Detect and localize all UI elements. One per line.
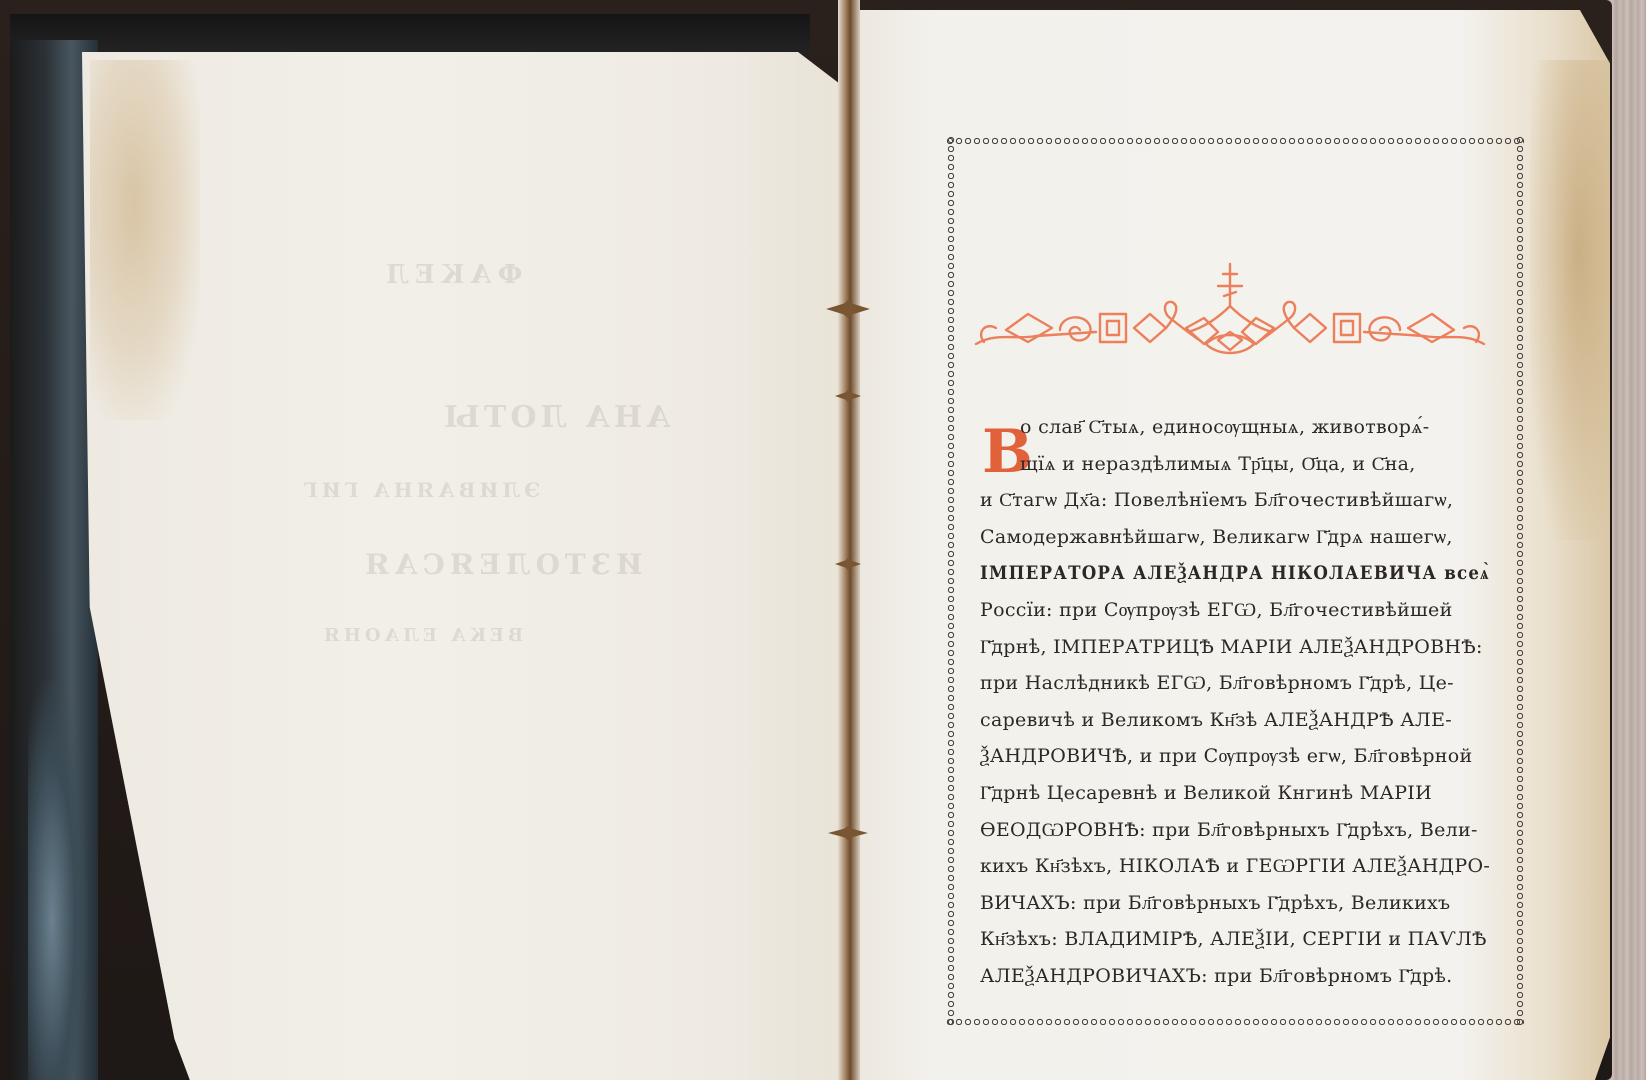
text-line-content: саревичѣ и Великомъ Кн҃зѣ АЛЕѮАНДРѢ АЛЕ- xyxy=(980,709,1452,732)
book-spine xyxy=(838,0,860,1080)
bleed-through-line: ЭЛИВАЯНА ГИГ xyxy=(300,478,540,502)
text-line: Самодержавнѣйшагѡ, Великагѡ Г҃дрѧ нашегѡ… xyxy=(980,526,1490,563)
bleed-through-line: ВЕКА ЕЛАОНЯ xyxy=(320,625,523,646)
text-line: кихъ Кн҃зѣхъ, НІКОЛАѢ и ГЕѠРГІИ АЛЕѮАНДР… xyxy=(980,855,1490,892)
text-line-content: кихъ Кн҃зѣхъ, НІКОЛАѢ и ГЕѠРГІИ АЛЕѮАНДР… xyxy=(980,855,1490,878)
text-line-content: щїѧ и нераздѣлимыѧ Тр҃цы, О҃ца, и С҃на, xyxy=(1020,453,1416,476)
text-line: при Наслѣдникѣ ЕГѠ, Бл҃говѣрномъ Г҃дрѣ, … xyxy=(980,672,1490,709)
water-stain-left xyxy=(90,60,200,420)
frame-border-top xyxy=(946,136,1524,145)
bleed-through-line: ИЗТОЛЕЯСАЯ xyxy=(360,548,642,581)
bleed-through-line: ФАКЕЛ xyxy=(380,260,522,290)
frame-border-left xyxy=(946,136,955,1026)
text-line-content: Кн҃зѣхъ: ВЛАДИМІРѢ, АЛЕѮІИ, СЕРГІИ и ПАѴ… xyxy=(980,928,1487,951)
text-line-content: Г҃дрнѣ Цесаревнѣ и Великой Кнгинѣ МАРІИ xyxy=(980,782,1432,805)
text-line-content: ІМПЕРАТОРА АЛЕѮАНДРА НІКОЛАЕВИЧА всеѧ̀ xyxy=(980,562,1490,585)
bleed-through-line: АНА ЛОТЫ xyxy=(440,400,671,435)
text-line: Россїи: при Сѹпрѹзѣ ЕГѠ, Бл҃гочестивѣйше… xyxy=(980,599,1490,636)
text-line: Г҃дрнѣ, ІМПЕРАТРИЦѢ МАРІИ АЛЕѮАНДРОВНѢ: xyxy=(980,636,1490,673)
text-line: саревичѣ и Великомъ Кн҃зѣ АЛЕѮАНДРѢ АЛЕ- xyxy=(980,709,1490,746)
text-line-content: Самодержавнѣйшагѡ, Великагѡ Г҃дрѧ нашегѡ… xyxy=(980,526,1453,549)
text-line-content: Россїи: при Сѹпрѹзѣ ЕГѠ, Бл҃гочестивѣйше… xyxy=(980,599,1453,622)
text-line: Г҃дрнѣ Цесаревнѣ и Великой Кнгинѣ МАРІИ xyxy=(980,782,1490,819)
text-line: ІМПЕРАТОРА АЛЕѮАНДРА НІКОЛАЕВИЧА всеѧ̀ xyxy=(980,562,1490,599)
water-stain-right xyxy=(1530,60,1610,540)
text-line-content: Г҃дрнѣ, ІМПЕРАТРИЦѢ МАРІИ АЛЕѮАНДРОВНѢ: xyxy=(980,636,1483,659)
text-line: Кн҃зѣхъ: ВЛАДИМІРѢ, АЛЕѮІИ, СЕРГІИ и ПАѴ… xyxy=(980,928,1490,965)
cover-binding-top xyxy=(10,14,810,54)
text-line-content: при Наслѣдникѣ ЕГѠ, Бл҃говѣрномъ Г҃дрѣ, … xyxy=(980,672,1454,695)
text-line: АЛЕѮАНДРОВИЧАХЪ: при Бл҃говѣрномъ Г҃дрѣ. xyxy=(980,965,1490,1002)
text-line: ѲЕОДѠРОВНѢ: при Бл҃говѣрныхъ Г҃дрѣхъ, Ве… xyxy=(980,819,1490,856)
text-line-content: ѲЕОДѠРОВНѢ: при Бл҃говѣрныхъ Г҃дрѣхъ, Ве… xyxy=(980,819,1478,842)
text-line-content: ВИЧАХЪ: при Бл҃говѣрныхъ Г҃дрѣхъ, Велики… xyxy=(980,892,1450,915)
frame-border-right xyxy=(1515,136,1524,1026)
text-line: ВИЧАХЪ: при Бл҃говѣрныхъ Г҃дрѣхъ, Велики… xyxy=(980,892,1490,929)
text-line: щїѧ и нераздѣлимыѧ Тр҃цы, О҃ца, и С҃на, xyxy=(980,453,1490,490)
text-line: и С҃тагѡ Дх҃а: Повелѣнїемъ Бл҃гочестивѣй… xyxy=(980,489,1490,526)
text-line-content: АЛЕѮАНДРОВИЧАХЪ: при Бл҃говѣрномъ Г҃дрѣ. xyxy=(980,965,1453,988)
text-line: ѮАНДРОВИЧѢ, и при Сѹпрѹзѣ егѡ, Бл҃говѣрн… xyxy=(980,745,1490,782)
text-line: о слав҃ С҃тыѧ, единосѹщныѧ, животворѧ́- xyxy=(980,416,1490,453)
headpiece-ornament-icon xyxy=(966,262,1494,362)
frame-border-bottom xyxy=(946,1017,1524,1026)
text-line-content: ѮАНДРОВИЧѢ, и при Сѹпрѹзѣ егѡ, Бл҃говѣрн… xyxy=(980,745,1472,768)
dedication-text-block: о слав҃ С҃тыѧ, единосѹщныѧ, животворѧ́- … xyxy=(980,416,1490,1002)
text-line-content: о слав҃ С҃тыѧ, единосѹщныѧ, животворѧ́- xyxy=(1020,416,1429,439)
text-line-content: и С҃тагѡ Дх҃а: Повелѣнїемъ Бл҃гочестивѣй… xyxy=(980,489,1453,512)
